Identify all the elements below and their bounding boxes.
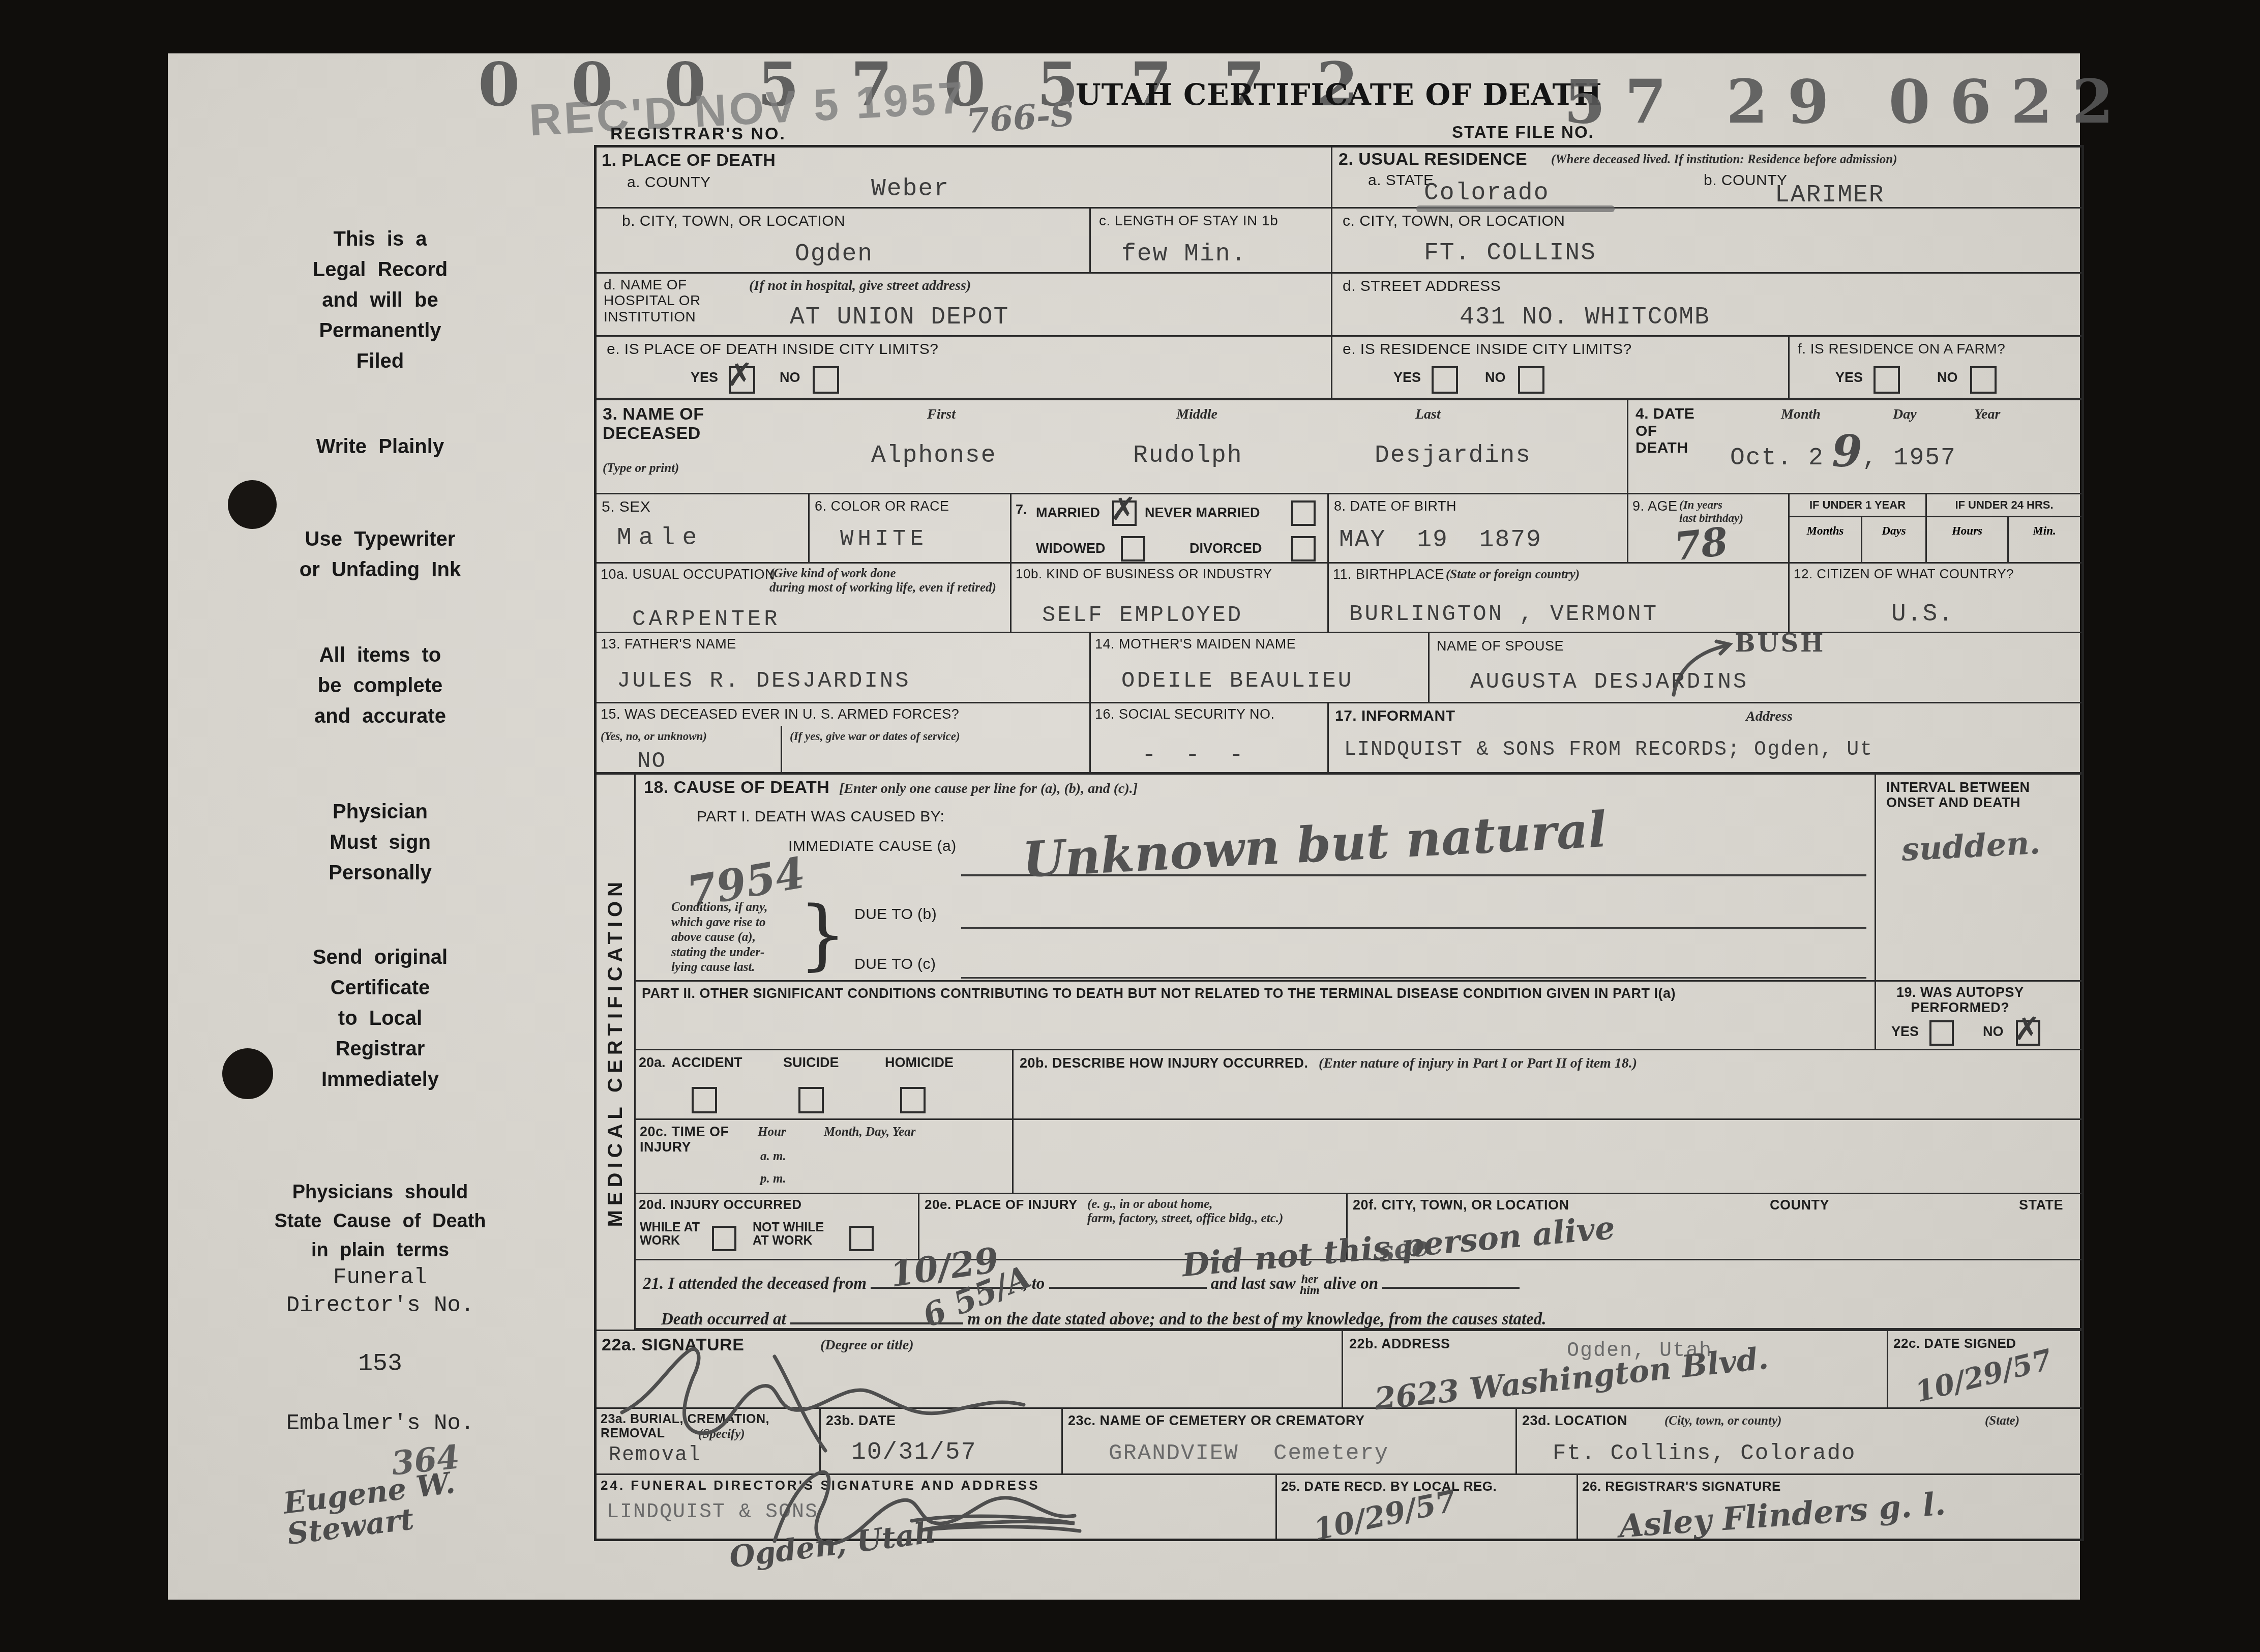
scanned-death-certificate: 0 0 0 5 7 0 5 7 7 2 REC'D NOV 5 1957 766…	[0, 0, 2260, 1652]
field-1b-city: b. CITY, TOWN, OR LOCATION Ogden	[597, 209, 1091, 274]
year-label: Year	[1974, 406, 2000, 422]
margin-note-legal-record: This is a Legal Record and will be Perma…	[168, 224, 592, 376]
accident-label: ACCIDENT	[671, 1055, 742, 1070]
no-checkbox	[813, 366, 839, 394]
color-race-value: WHITE	[840, 528, 928, 550]
field-23d-location: 23d. LOCATION (City, town, or county) (S…	[1517, 1409, 2081, 1475]
yes-checkbox	[1432, 366, 1458, 394]
location-value: Ft. Collins, Colorado	[1553, 1442, 1856, 1465]
immediate-cause-value: Unknown but natural	[1021, 805, 1608, 884]
occupation-label: 10a. USUAL OCCUPATION	[601, 567, 775, 582]
married-label: MARRIED	[1036, 506, 1100, 520]
location-note: (City, town, or county)	[1664, 1414, 1781, 1428]
citizen-value: U.S.	[1891, 602, 1954, 627]
min-label: Min.	[2009, 516, 2080, 546]
injury-occurred-label: 20d. INJURY OCCURRED	[639, 1197, 802, 1212]
middle-name-value: Rudolph	[1133, 444, 1243, 468]
hours-label: Hours	[1927, 516, 2009, 562]
hospital-note: (If not in hospital, give street address…	[749, 278, 971, 293]
date-of-death-title: 4. DATE OF DEATH	[1635, 405, 1694, 457]
armed-forces-label: 15. WAS DECEASED EVER IN U. S. ARMED FOR…	[601, 706, 959, 722]
checkbox-mark: ✗	[1110, 493, 1137, 525]
field-1a-county: 1. PLACE OF DEATH a. COUNTY Weber	[597, 147, 1332, 209]
checkbox-mark: ✗	[727, 359, 753, 391]
first-name-value: Alphonse	[871, 444, 996, 468]
field-20a: 20a. ACCIDENT SUICIDE HOMICIDE	[636, 1050, 1014, 1120]
informant-value: LINDQUIST & SONS FROM RECORDS; Ogden, Ut	[1344, 740, 1873, 760]
date-of-birth-label: 8. DATE OF BIRTH	[1334, 498, 1456, 514]
medical-certification-strip: MEDICAL CERTIFICATION	[597, 775, 636, 1331]
yes-checkbox: ✗	[729, 366, 755, 394]
occupation-note: (Give kind of work done during most of w…	[769, 567, 996, 595]
residence-city-limits-label: e. IS RESIDENCE INSIDE CITY LIMITS?	[1343, 341, 1632, 358]
cause-of-death-title: 18. CAUSE OF DEATH	[644, 778, 829, 797]
cause-of-death-note: [Enter only one cause per line for (a), …	[839, 781, 1138, 796]
margin-note-complete-accurate: All items to be complete and accurate	[168, 640, 592, 731]
mother-label: 14. MOTHER'S MAIDEN NAME	[1095, 636, 1296, 652]
due-to-c-label: DUE TO (c)	[854, 956, 936, 973]
part1-label: PART I. DEATH WAS CAUSED BY:	[697, 808, 944, 825]
field-19-autopsy: 19. WAS AUTOPSY PERFORMED? YES NO ✗	[1876, 982, 2081, 1050]
embalmer-no-label: Embalmer's No.	[168, 1410, 592, 1438]
not-while-at-work-checkbox	[849, 1226, 874, 1251]
field-2f-farm: f. IS RESIDENCE ON A FARM? YES NO	[1790, 337, 2081, 400]
death-occurred-text2: m on the date stated above; and to the b…	[967, 1310, 1546, 1329]
never-married-checkbox	[1291, 500, 1316, 526]
armed-forces-note1: (Yes, no, or unknown)	[601, 730, 707, 743]
hour-label: Hour	[758, 1125, 786, 1139]
not-while-at-work-label: NOT WHILE AT WORK	[753, 1221, 824, 1248]
spouse-label: NAME OF SPOUSE	[1437, 638, 1564, 654]
state-file-no-label: STATE FILE NO.	[1452, 124, 1594, 140]
describe-injury-label: 20b. DESCRIBE HOW INJURY OCCURRED.	[1020, 1055, 1309, 1071]
time-of-injury-label: 20c. TIME OF INJURY	[640, 1124, 729, 1155]
county-value: Weber	[871, 177, 949, 201]
field-18-interval: INTERVAL BETWEEN ONSET AND DEATH sudden.	[1876, 775, 2081, 982]
death-occurred-text: Death occurred at	[661, 1310, 786, 1329]
alive-on-blank	[1382, 1272, 1520, 1289]
field-21-attended: 21. I attended the deceased from , to an…	[636, 1260, 2081, 1331]
state-file-number-stamp: 57 29 0622	[1564, 66, 2133, 137]
field-22c-date-signed: 22c. DATE SIGNED 10/29/57	[1888, 1331, 2081, 1409]
sex-label: 5. SEX	[602, 498, 650, 516]
middle-label: Middle	[1176, 406, 1217, 422]
field-10b-industry: 10b. KIND OF BUSINESS OR INDUSTRY SELF E…	[1012, 564, 1329, 633]
margin-note-physician-sign: Physician Must sign Personally	[168, 796, 592, 888]
residence-county-value: LARIMER	[1775, 183, 1885, 208]
industry-label: 10b. KIND OF BUSINESS OR INDUSTRY	[1016, 567, 1272, 581]
registrars-no-label: REGISTRAR'S NO.	[610, 125, 786, 142]
date-signed-value: 10/29/57	[1912, 1345, 2055, 1407]
industry-value: SELF EMPLOYED	[1042, 604, 1243, 627]
physician-signature-scribble	[607, 1336, 1064, 1453]
field-1d-hospital: d. NAME OF HOSPITAL OR INSTITUTION (If n…	[597, 274, 1332, 337]
conditions-brace: }	[798, 897, 847, 973]
funeral-director-no-value: 153	[168, 1349, 592, 1379]
days-label: Days	[1862, 516, 1925, 546]
last-label: Last	[1415, 406, 1441, 422]
punch-hole	[228, 480, 277, 529]
location-state-note: (State)	[1985, 1414, 2019, 1428]
length-of-stay-label: c. LENGTH OF STAY IN 1b	[1099, 213, 1278, 228]
autopsy-yes-checkbox	[1929, 1020, 1954, 1046]
spouse-value: AUGUSTA DESJARDINS	[1470, 671, 1748, 693]
field-10a-occupation: 10a. USUAL OCCUPATION (Give kind of work…	[597, 564, 1012, 633]
field-20b: 20b. DESCRIBE HOW INJURY OCCURRED. (Ente…	[1014, 1050, 2081, 1120]
informant-address-label: Address	[1746, 709, 1793, 724]
due-to-c-line	[961, 977, 1866, 979]
citizen-label: 12. CITIZEN OF WHAT COUNTRY?	[1794, 567, 2014, 581]
cemetery-label: 23c. NAME OF CEMETERY OR CREMATORY	[1068, 1413, 1365, 1428]
no-label: NO	[1485, 370, 1506, 385]
certificate-form: 1. PLACE OF DEATH a. COUNTY Weber 2. USU…	[594, 145, 2084, 1541]
pm-label: p. m.	[760, 1172, 786, 1186]
last-name-value: Desjardins	[1375, 444, 1531, 468]
residence-city-label: c. CITY, TOWN, OR LOCATION	[1343, 213, 1565, 230]
hospital-label: d. NAME OF HOSPITAL OR INSTITUTION	[604, 277, 701, 324]
city-limits-label: e. IS PLACE OF DEATH INSIDE CITY LIMITS?	[607, 341, 938, 358]
alive-on-text: alive on	[1324, 1275, 1378, 1293]
field-13-father: 13. FATHER'S NAME JULES R. DESJARDINS	[597, 633, 1091, 703]
length-of-stay-value: few Min.	[1121, 242, 1246, 267]
field-1e-city-limits: e. IS PLACE OF DEATH INSIDE CITY LIMITS?…	[597, 337, 1332, 400]
usual-residence-note: (Where deceased lived. If institution: R…	[1551, 153, 1897, 167]
birthplace-note: (State or foreign country)	[1446, 568, 1580, 582]
funeral-director-no-label: Funeral Director's No.	[168, 1264, 592, 1320]
field-12-citizen: 12. CITIZEN OF WHAT COUNTRY? U.S.	[1790, 564, 2081, 633]
date-received-label: 25. DATE RECD. BY LOCAL REG.	[1281, 1479, 1497, 1494]
date-received-value: 10/29/57	[1311, 1486, 1459, 1545]
divorced-label: DIVORCED	[1190, 541, 1262, 555]
field-20c: 20c. TIME OF INJURY Hour Month, Day, Yea…	[636, 1120, 1014, 1194]
divorced-checkbox	[1291, 536, 1316, 562]
ssn-label: 16. SOCIAL SECURITY NO.	[1095, 706, 1275, 722]
ssn-value: - - -	[1142, 743, 1251, 768]
date-of-death-value: Oct. 2	[1730, 446, 1824, 470]
state-value: Colorado	[1424, 181, 1549, 205]
hospital-value: AT UNION DEPOT	[790, 305, 1009, 330]
city-label: b. CITY, TOWN, OR LOCATION	[622, 213, 845, 230]
field-2-usual-residence: 2. USUAL RESIDENCE (Where deceased lived…	[1332, 147, 2081, 209]
while-at-work-checkbox	[712, 1226, 736, 1251]
birthplace-label: 11. BIRTHPLACE	[1333, 567, 1444, 582]
due-to-b-label: DUE TO (b)	[854, 906, 937, 923]
armed-forces-note2: (If yes, give war or dates of service)	[790, 730, 960, 743]
county-label: a. COUNTY	[627, 174, 711, 191]
field-7-marital-status: 7. MARRIED ✗ NEVER MARRIED WIDOWED DIVOR…	[1012, 494, 1329, 564]
item-20a-number: 20a.	[639, 1055, 666, 1070]
field-9-age: 9. AGE (In years last birthday) 78	[1628, 494, 1790, 564]
color-race-label: 6. COLOR OR RACE	[815, 498, 949, 514]
no-label: NO	[1937, 370, 1958, 385]
no-checkbox	[1970, 366, 1997, 394]
field-17-informant: 17. INFORMANT Address LINDQUIST & SONS F…	[1329, 703, 2081, 775]
field-18-part2: PART II. OTHER SIGNIFICANT CONDITIONS CO…	[636, 982, 1876, 1050]
field-11-birthplace: 11. BIRTHPLACE (State or foreign country…	[1329, 564, 1790, 633]
farm-label: f. IS RESIDENCE ON A FARM?	[1798, 341, 2005, 357]
her-him-text: her him	[1300, 1274, 1320, 1297]
no-checkbox	[1518, 366, 1544, 394]
suicide-checkbox	[798, 1087, 824, 1113]
age-label: 9. AGE	[1632, 498, 1678, 514]
while-at-work-label: WHILE AT WORK	[640, 1221, 700, 1248]
margin-note-plain-terms: Physicians should State Cause of Death i…	[168, 1178, 592, 1265]
father-label: 13. FATHER'S NAME	[601, 636, 736, 652]
birthplace-value: BURLINGTON , VERMONT	[1349, 603, 1658, 626]
under-24-hrs-header: IF UNDER 24 HRS.	[1927, 494, 2081, 517]
immediate-cause-label: IMMEDIATE CAUSE (a)	[788, 838, 957, 855]
autopsy-label: 19. WAS AUTOPSY PERFORMED?	[1896, 985, 2024, 1015]
spouse-insert-handwritten: BUSH	[1735, 631, 1825, 656]
location-label: 23d. LOCATION	[1522, 1413, 1627, 1428]
field-spouse: NAME OF SPOUSE BUSH AUGUSTA DESJARDINS	[1430, 633, 2081, 703]
field-8-date-of-birth: 8. DATE OF BIRTH MAY 19 1879	[1329, 494, 1628, 564]
mother-value: ODEILE BEAULIEU	[1121, 670, 1353, 692]
yes-label: YES	[1835, 370, 1863, 385]
field-26-registrar: 26. REGISTRAR'S SIGNATURE Asley Flinders…	[1578, 1475, 2081, 1539]
field-4-date-of-death: 4. DATE OF DEATH Month Day Year Oct. 2 9…	[1628, 400, 2081, 494]
field-1c-length-of-stay: c. LENGTH OF STAY IN 1b few Min.	[1091, 209, 1332, 274]
widowed-label: WIDOWED	[1036, 541, 1105, 555]
interval-value: sudden.	[1901, 827, 2041, 866]
margin-note-typewriter: Use Typewriter or Unfading Ink	[168, 524, 592, 585]
field-18-cause-of-death: 18. CAUSE OF DEATH [Enter only one cause…	[636, 775, 1876, 982]
interval-label: INTERVAL BETWEEN ONSET AND DEATH	[1886, 780, 2030, 810]
field-9-under-1-year: IF UNDER 1 YEAR Months Days	[1790, 494, 1927, 564]
am-label: a. m.	[760, 1149, 786, 1164]
usual-residence-title: 2. USUAL RESIDENCE	[1339, 150, 1527, 169]
month-day-year-label: Month, Day, Year	[824, 1125, 916, 1139]
field-15-armed-forces: 15. WAS DECEASED EVER IN U. S. ARMED FOR…	[597, 703, 1091, 775]
field-16-ssn: 16. SOCIAL SECURITY NO. - - -	[1091, 703, 1329, 775]
field-24-funeral-director: 24. FUNERAL DIRECTOR'S SIGNATURE AND ADD…	[597, 1475, 1277, 1539]
informant-label: 17. INFORMANT	[1335, 707, 1455, 725]
field-14-mother: 14. MOTHER'S MAIDEN NAME ODEILE BEAULIEU	[1091, 633, 1430, 703]
due-to-b-line	[961, 927, 1866, 929]
under-1-year-header: IF UNDER 1 YEAR	[1790, 494, 1925, 517]
field-2c-city: c. CITY, TOWN, OR LOCATION FT. COLLINS	[1332, 209, 2081, 274]
checkbox-mark: ✗	[2014, 1013, 2040, 1045]
no-label: NO	[780, 370, 800, 385]
inner-divider	[781, 726, 782, 773]
medical-certification-label: MEDICAL CERTIFICATION	[605, 877, 626, 1227]
registrar-number-handwritten: 766-S	[965, 97, 1076, 138]
injury-city-label: 20f. CITY, TOWN, OR LOCATION	[1353, 1197, 1569, 1213]
yes-label: YES	[1393, 370, 1421, 385]
day-label: Day	[1893, 406, 1917, 422]
field-9-under-24-hrs: IF UNDER 24 HRS. Hours Min.	[1927, 494, 2081, 564]
injury-county-label: COUNTY	[1770, 1197, 1829, 1213]
date-of-death-year: , 1957	[1862, 446, 1956, 470]
injury-state-label: STATE	[2019, 1197, 2063, 1213]
widowed-checkbox	[1121, 536, 1145, 562]
attended-text: I attended the deceased from	[668, 1275, 867, 1293]
part2-label: PART II. OTHER SIGNIFICANT CONDITIONS CO…	[642, 986, 1676, 1001]
conditions-note: Conditions, if any, which gave rise to a…	[671, 900, 767, 975]
homicide-label: HOMICIDE	[885, 1055, 954, 1070]
months-label: Months	[1790, 516, 1862, 562]
no-label: NO	[1983, 1024, 2004, 1039]
married-checkbox: ✗	[1112, 500, 1137, 526]
accident-checkbox	[692, 1087, 717, 1113]
address-label: 22b. ADDRESS	[1349, 1336, 1450, 1351]
month-label: Month	[1781, 406, 1821, 422]
field-6-color-race: 6. COLOR OR RACE WHITE	[810, 494, 1012, 564]
item-21-number: 21.	[643, 1275, 664, 1293]
never-married-label: NEVER MARRIED	[1145, 506, 1260, 520]
margin-note-write-plainly: Write Plainly	[168, 431, 592, 462]
sex-value: Male	[617, 526, 704, 550]
street-label: d. STREET ADDRESS	[1343, 278, 1501, 295]
attended-line2: Death occurred at m on the date stated a…	[661, 1307, 1547, 1328]
yes-label: YES	[691, 370, 718, 385]
homicide-checkbox	[900, 1087, 926, 1113]
certificate-title: UTAH CERTIFICATE OF DEATH	[1076, 80, 1602, 109]
residence-city-value: FT. COLLINS	[1424, 241, 1596, 265]
field-20d: 20d. INJURY OCCURRED WHILE AT WORK NOT W…	[636, 1194, 919, 1260]
first-label: First	[927, 406, 956, 422]
item-7-number: 7.	[1016, 503, 1027, 517]
date-of-birth-value: MAY 19 1879	[1339, 528, 1542, 552]
yes-label: YES	[1891, 1024, 1919, 1039]
suicide-label: SUICIDE	[783, 1055, 839, 1070]
field-2e-city-limits: e. IS RESIDENCE INSIDE CITY LIMITS? YES …	[1332, 337, 1790, 400]
handwritten-day-overwrite: 9	[1832, 430, 1862, 474]
field-25-date-received: 25. DATE RECD. BY LOCAL REG. 10/29/57	[1277, 1475, 1578, 1539]
city-value: Ogden	[795, 242, 873, 267]
place-of-death-title: 1. PLACE OF DEATH	[602, 151, 776, 170]
attended-line1: 21. I attended the deceased from , to an…	[643, 1272, 1520, 1296]
occupation-value: CARPENTER	[632, 608, 781, 631]
field-22a-signature: 22a. SIGNATURE (Degree or title)	[597, 1331, 1343, 1409]
date-signed-label: 22c. DATE SIGNED	[1893, 1336, 2016, 1351]
yes-checkbox	[1874, 366, 1900, 394]
autopsy-no-checkbox: ✗	[2016, 1020, 2040, 1046]
field-20c-blank-area	[1014, 1120, 2081, 1194]
margin-note-send-original: Send original Certificate to Local Regis…	[168, 942, 592, 1095]
field-3-name-of-deceased: 3. NAME OF DECEASED (Type or print) Firs…	[597, 400, 1628, 494]
name-title: 3. NAME OF DECEASED	[603, 404, 704, 443]
age-value: 78	[1672, 522, 1730, 567]
describe-injury-note: (Enter nature of injury in Part I or Par…	[1319, 1055, 1637, 1071]
place-of-injury-note: (e. g., in or about home, farm, factory,…	[1087, 1197, 1283, 1225]
place-of-injury-label: 20e. PLACE OF INJURY	[925, 1197, 1078, 1212]
field-5-sex: 5. SEX Male	[597, 494, 810, 564]
field-22b-address: 22b. ADDRESS Ogden, Utah 2623 Washington…	[1343, 1331, 1888, 1409]
type-or-print-note: (Type or print)	[603, 461, 679, 476]
field-2d-street: d. STREET ADDRESS 431 NO. WHITCOMB	[1332, 274, 2081, 337]
registrar-signature-label: 26. REGISTRAR'S SIGNATURE	[1582, 1479, 1781, 1494]
street-value: 431 NO. WHITCOMB	[1460, 305, 1710, 330]
father-value: JULES R. DESJARDINS	[617, 670, 911, 692]
registrar-signature-value: Asley Flinders g. l.	[1618, 1488, 1947, 1543]
armed-forces-value: NO	[637, 750, 666, 773]
